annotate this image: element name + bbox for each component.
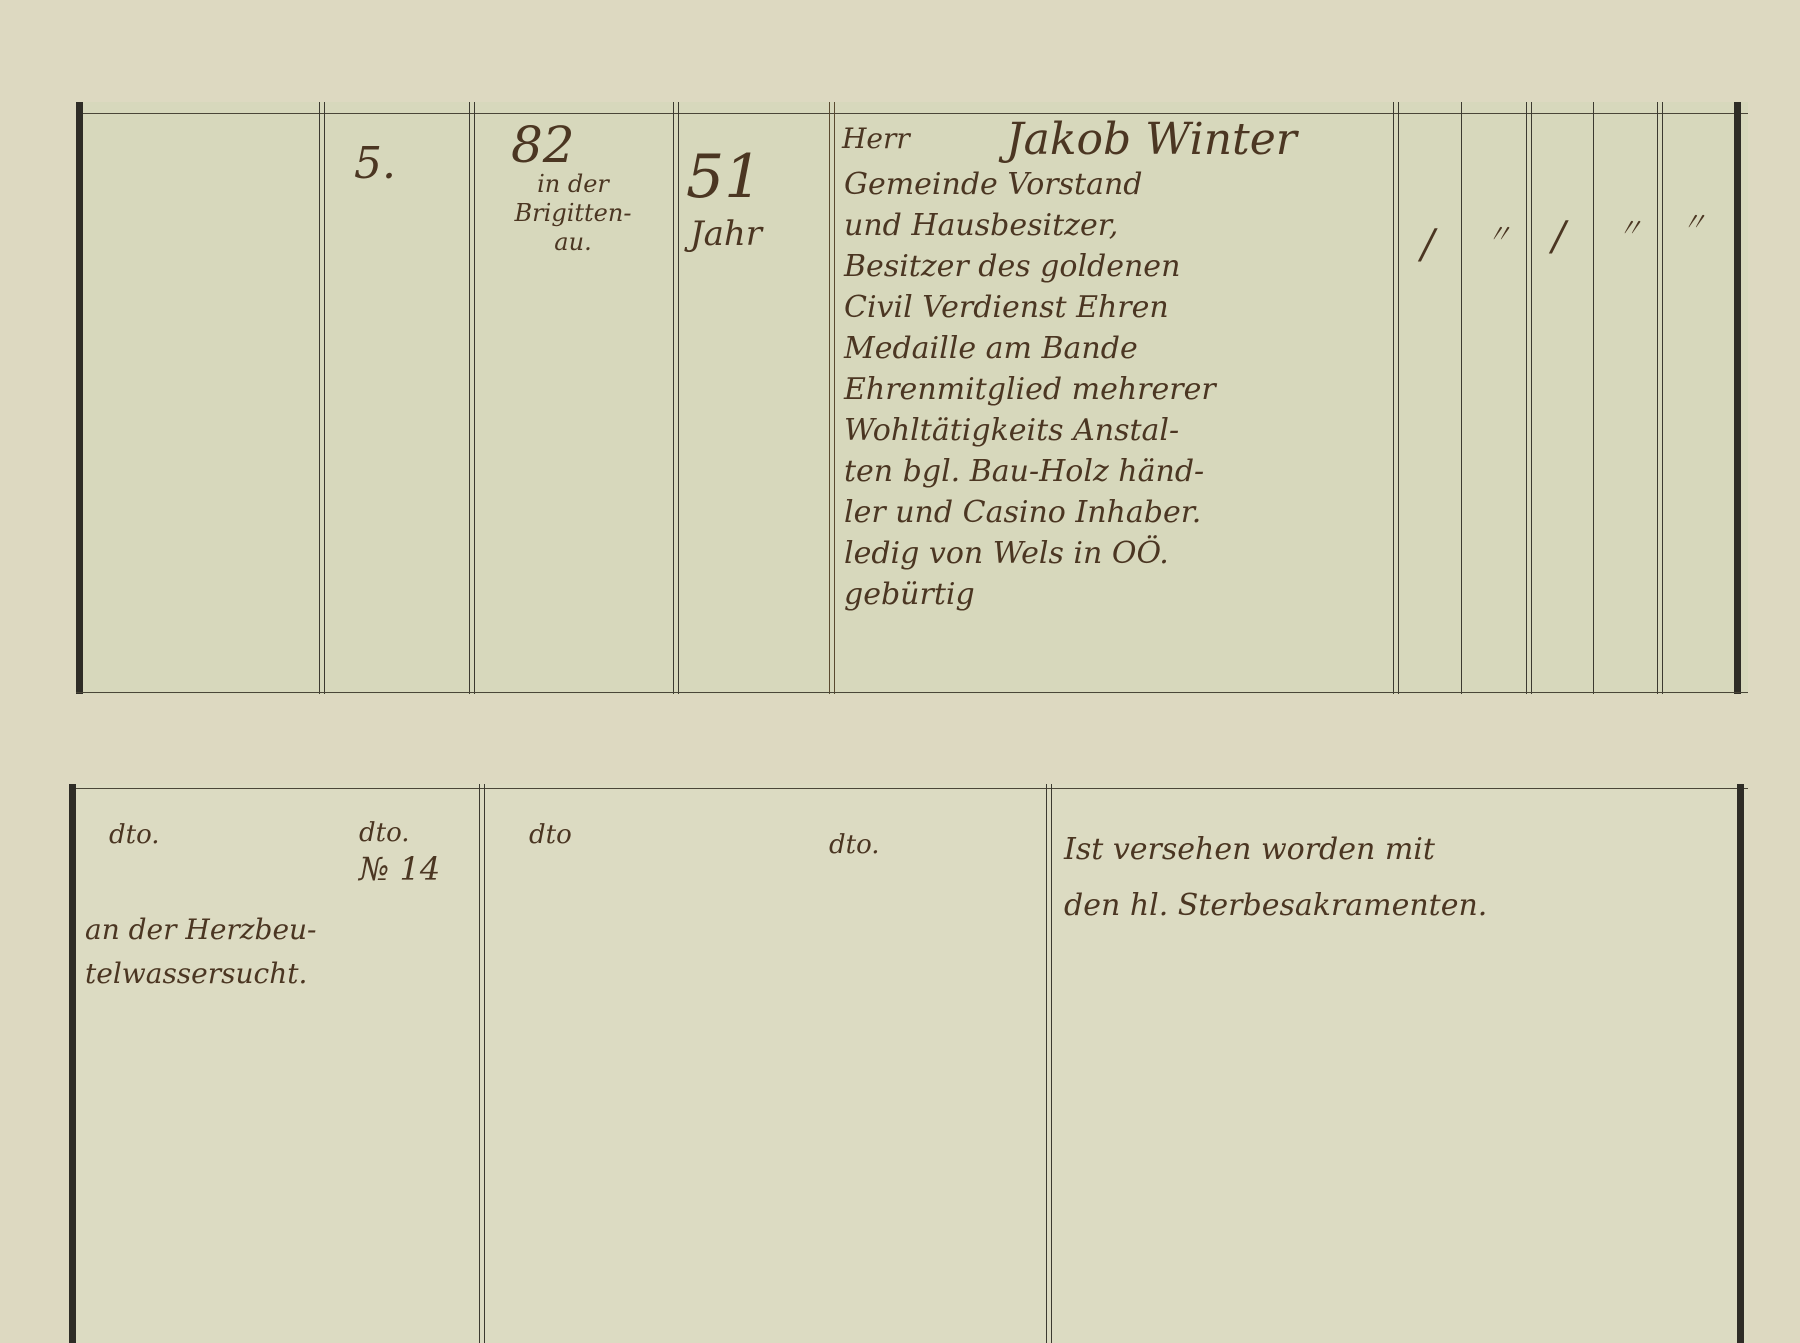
bottom-rule xyxy=(76,692,1748,693)
location-text: in der Brigitten- au. xyxy=(478,170,668,257)
ditto-3: dto xyxy=(529,820,572,850)
ditto-1: dto. xyxy=(109,820,160,850)
column-divider xyxy=(1593,102,1594,694)
sequence-number: 5. xyxy=(354,138,396,189)
tally-4: 〃 xyxy=(1617,208,1643,245)
register-top-panel: 5. 82 in der Brigitten- au. 51 Jahr Herr… xyxy=(76,102,1748,694)
cause-of-death: an der Herzbeu- telwassersucht. xyxy=(85,908,475,996)
age-value: 51 xyxy=(686,142,762,212)
top-rule xyxy=(76,113,1748,114)
ditto-2: dto. xyxy=(359,818,410,848)
left-border xyxy=(69,784,76,1343)
column-divider xyxy=(479,784,485,1343)
column-divider xyxy=(1657,102,1663,694)
column-divider xyxy=(1526,102,1532,694)
description-text: Gemeinde Vorstand und Hausbesitzer, Besi… xyxy=(844,164,1404,615)
register-bottom-panel: dto. dto. № 14 an der Herzbeu- telwasser… xyxy=(69,784,1748,1343)
record-number: № 14 xyxy=(359,850,440,888)
column-divider xyxy=(829,102,835,694)
tally-5: 〃 xyxy=(1681,202,1707,239)
tally-2: 〃 xyxy=(1486,214,1512,251)
house-number: 82 xyxy=(511,116,575,174)
column-divider xyxy=(1046,784,1052,1343)
ditto-4: dto. xyxy=(829,830,880,860)
remarks-text: Ist versehen worden mit den hl. Sterbesa… xyxy=(1064,822,1744,934)
right-border xyxy=(1734,102,1741,694)
age-unit: Jahr xyxy=(690,214,762,254)
tally-3: / xyxy=(1552,214,1565,260)
left-border xyxy=(76,102,83,694)
column-divider xyxy=(469,102,475,694)
column-divider xyxy=(319,102,325,694)
column-divider xyxy=(673,102,679,694)
deceased-name: Jakob Winter xyxy=(1006,114,1297,165)
top-rule xyxy=(69,788,1748,789)
name-title: Herr xyxy=(842,122,910,155)
tally-1: / xyxy=(1421,222,1434,268)
column-divider xyxy=(1461,102,1462,694)
